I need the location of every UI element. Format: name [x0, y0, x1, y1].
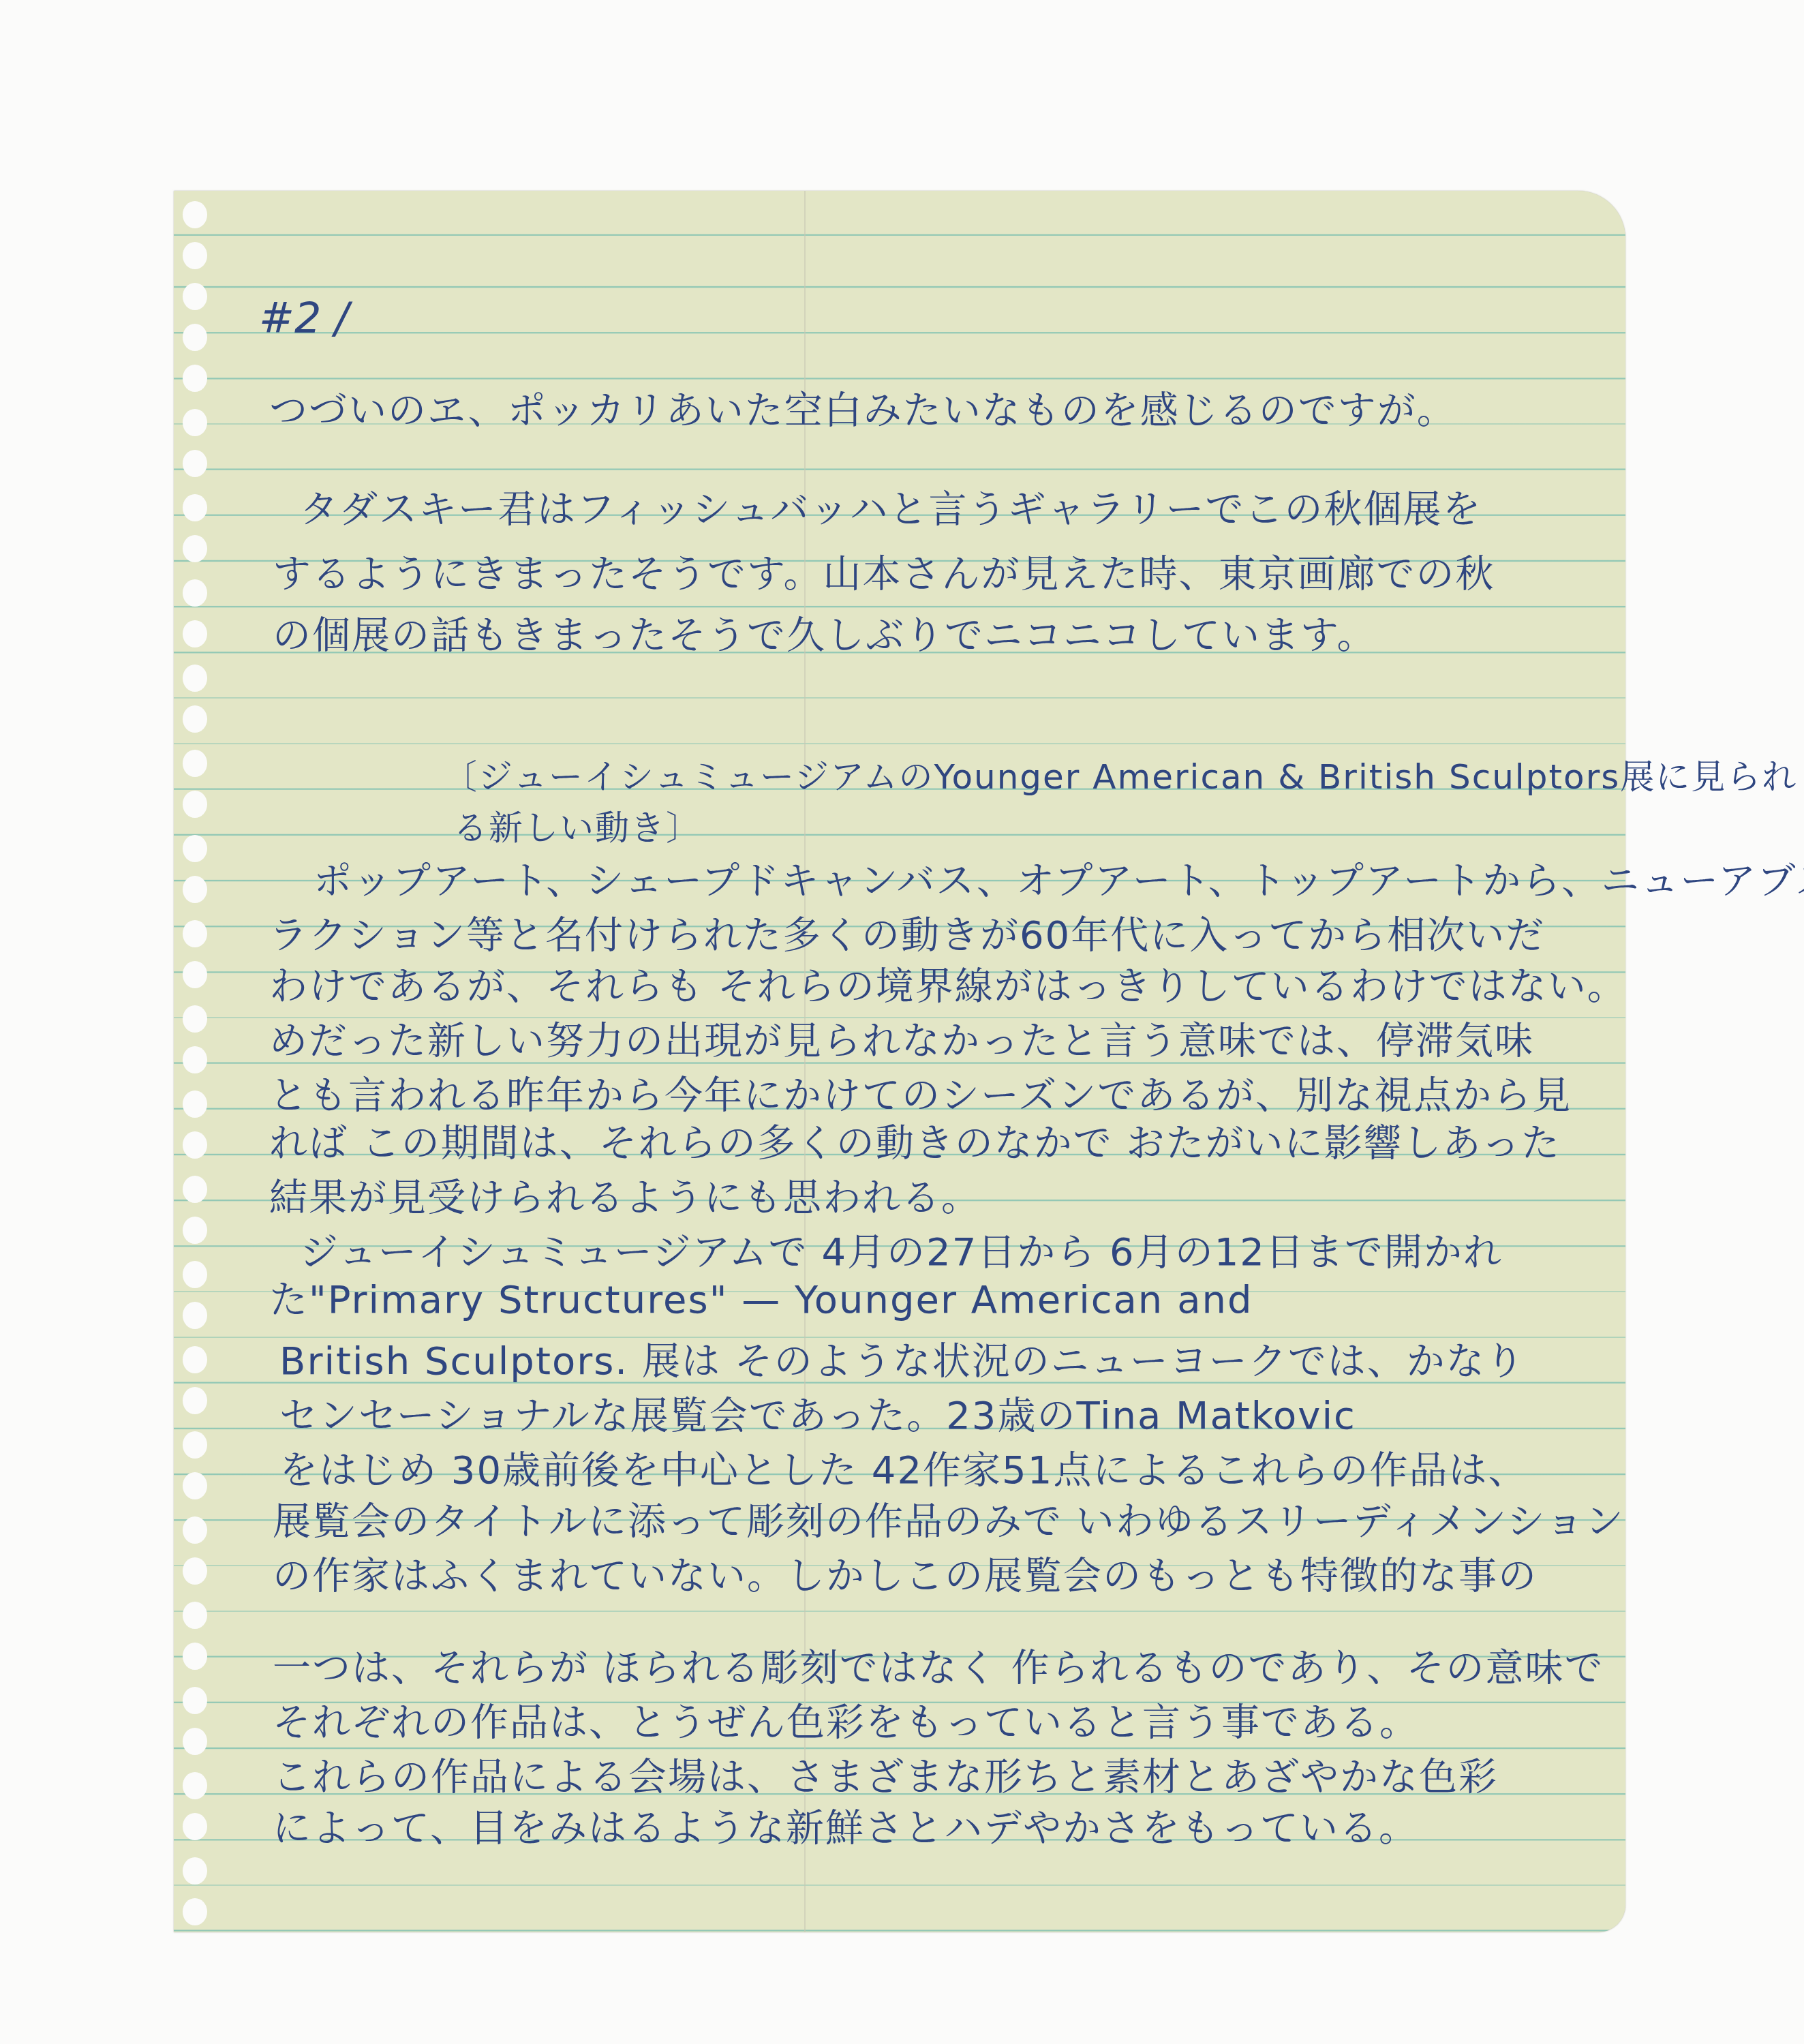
text-line: の作家はふくまれていない。しかしこの展覧会のもっとも特徴的な事の	[273, 1557, 1538, 1596]
text-line: 結果が見受けられるようにも思われる。	[269, 1179, 981, 1217]
text-line: をはじめ 30歳前後を中心とした 42作家51点によるこれらの作品は、	[279, 1452, 1527, 1490]
section-heading: 〔ジューイシュミュージアムのYounger American & British…	[443, 760, 1797, 794]
text-line: とも言われる昨年から今年にかけてのシーズンであるが、別な視点から見	[269, 1077, 1572, 1115]
text-line: これらの作品による会場は、さまざまな形ちと素材とあざやかな色彩	[273, 1758, 1498, 1797]
page-number: #2 /	[259, 293, 349, 343]
handwritten-text: #2 / つづいのヱ、ポッカリあいた空白みたいなものを感じるのですが。 タダスキ…	[0, 0, 1804, 2044]
text-line: ポップアート、シェープドキャンバス、オプアート、トップアートから、ニューアブスト	[314, 862, 1804, 900]
text-line: わけであるが、それらも それらの境界線がはっきりしているわけではない。	[269, 968, 1627, 1006]
text-line: それぞれの作品は、とうぜん色彩をもっていると言う事である。	[273, 1704, 1419, 1742]
text-line: つづいのヱ、ポッカリあいた空白みたいなものを感じるのですが。	[269, 392, 1456, 430]
text-line: センセーショナルな展覧会であった。23歳のTina Matkovic	[279, 1397, 1356, 1435]
section-heading: る新しい動き〕	[453, 811, 701, 845]
text-line: するようにきまったそうです。山本さんが見えた時、東京画廊での秋	[273, 555, 1495, 594]
text-line: めだった新しい努力の出現が見られなかったと言う意味では、停滞気味	[269, 1022, 1534, 1061]
text-line: タダスキー君はフィッシュバッハと言うギャラリーでこの秋個展を	[300, 491, 1482, 529]
text-line: によって、目をみはるような新鮮さとハデやかさをもっている。	[273, 1810, 1418, 1848]
text-line: British Sculptors. 展は そのような状況のニューヨークでは、か…	[279, 1343, 1525, 1381]
text-line: れば この期間は、それらの多くの動きのなかで おたがいに影響しあった	[269, 1125, 1561, 1163]
text-line: 展覧会のタイトルに添って彫刻の作品のみで いわゆるスリーディメンション	[273, 1503, 1625, 1541]
text-line: 一つは、それらが ほられる彫刻ではなく 作られるものであり、その意味で	[273, 1649, 1604, 1688]
text-line: ラクション等と名付けられた多くの動きが60年代に入ってから相次いだ	[269, 917, 1545, 955]
text-line: の個展の話もきまったそうで久しぶりでニコニコしています。	[273, 617, 1377, 655]
text-line: ジューイシュミュージアムで 4月の27日から 6月の12日まで開かれ	[300, 1234, 1503, 1272]
text-line: た"Primary Structures" — Younger American…	[269, 1281, 1253, 1320]
